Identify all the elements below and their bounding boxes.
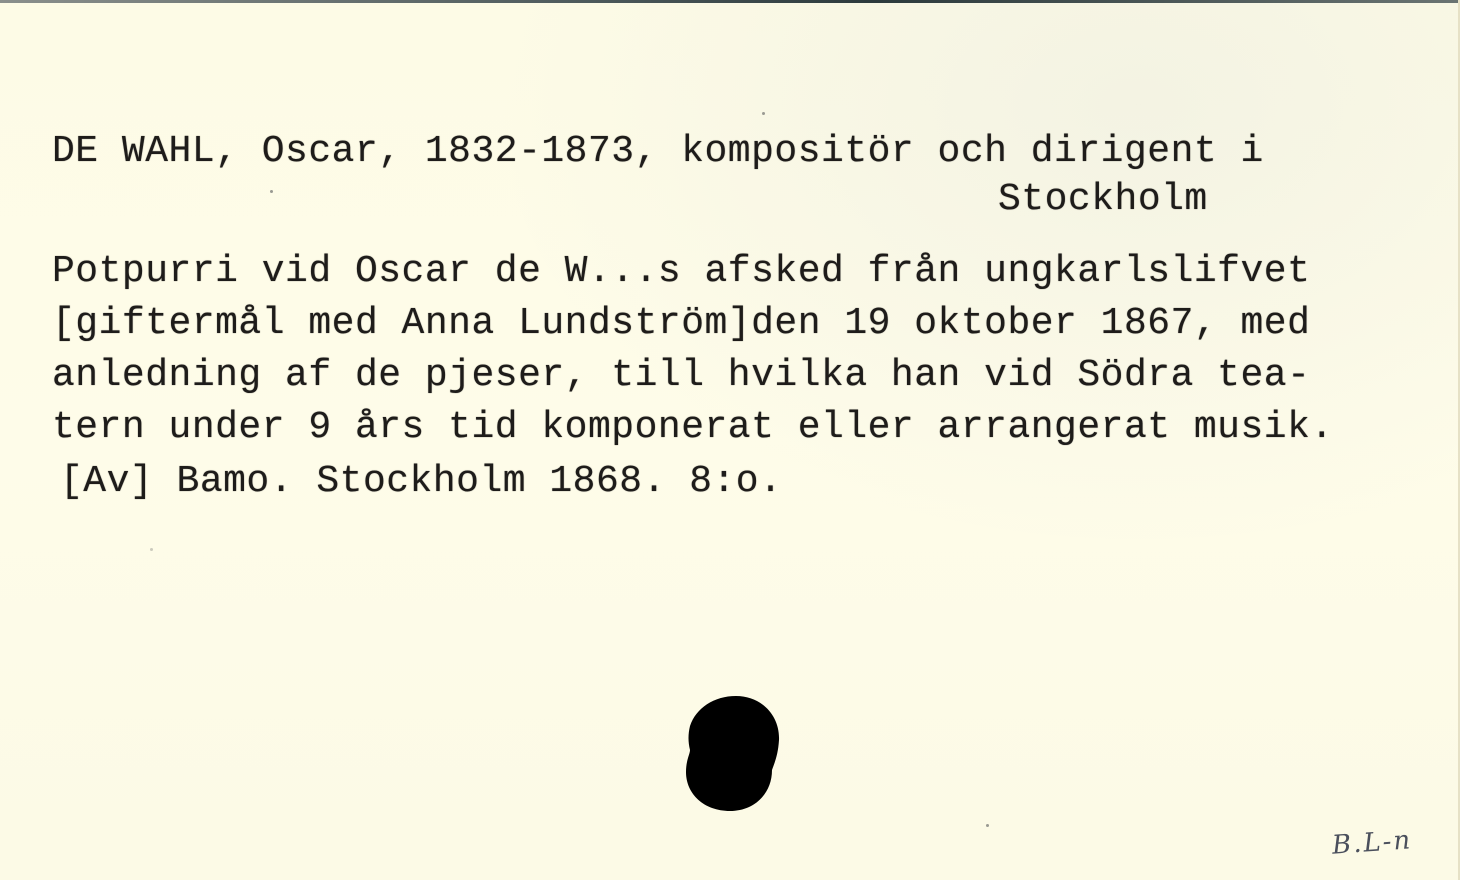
imprint-line: [Av] Bamo. Stockholm 1868. 8:o. bbox=[60, 458, 782, 506]
heading-author-line: DE WAHL, Oscar, 1832-1873, kompositör oc… bbox=[52, 128, 1264, 176]
card-top-edge bbox=[0, 0, 1460, 3]
title-line-1: Potpurri vid Oscar de W...s afsked från … bbox=[52, 248, 1310, 296]
paper-speck bbox=[150, 548, 153, 551]
catalog-card: DE WAHL, Oscar, 1832-1873, kompositör oc… bbox=[0, 0, 1460, 880]
paper-speck bbox=[762, 112, 765, 115]
paper-speck bbox=[986, 824, 989, 827]
title-line-3: anledning af de pjeser, till hvilka han … bbox=[52, 352, 1310, 400]
heading-location-line: Stockholm bbox=[998, 176, 1208, 224]
title-line-2: [giftermål med Anna Lundström]den 19 okt… bbox=[52, 300, 1310, 348]
paper-speck bbox=[270, 190, 273, 193]
title-line-4: tern under 9 års tid komponerat eller ar… bbox=[52, 404, 1334, 452]
punch-hole-icon bbox=[684, 694, 780, 812]
handwritten-initials: B.L-n bbox=[1331, 825, 1413, 861]
